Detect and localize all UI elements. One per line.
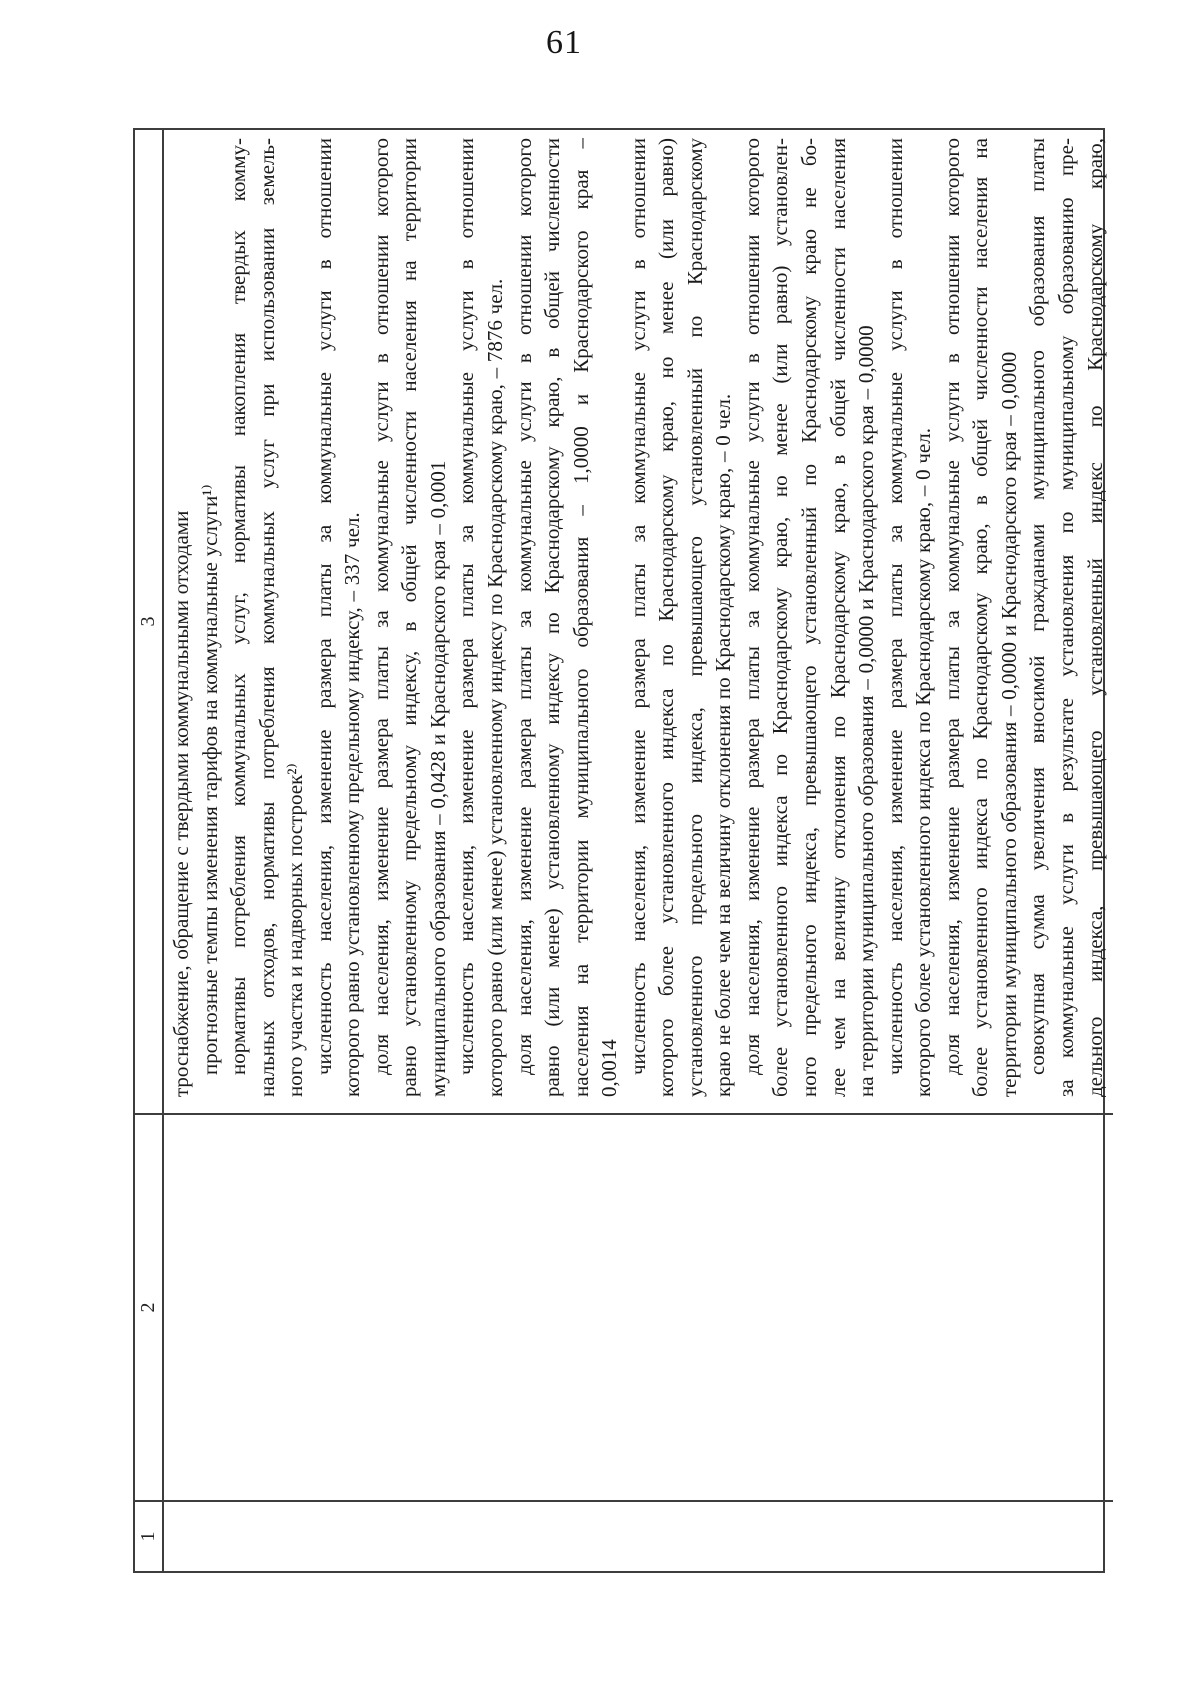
table-cell-col2-empty xyxy=(164,1113,1113,1500)
text-line: нормативы потребления коммунальных услуг… xyxy=(224,138,253,1097)
text-line: равно установленному предельному индексу… xyxy=(395,138,424,1097)
text-line: более установленного индекса по Краснода… xyxy=(966,138,995,1097)
text-line: более установленного индекса по Краснода… xyxy=(766,138,795,1097)
text-line: за коммунальные услуги в результате уста… xyxy=(1052,138,1081,1097)
text-line: 0,0014 xyxy=(595,138,624,1097)
text-line: численность населения, изменение размера… xyxy=(881,138,910,1097)
text-line: лее чем на величину отклонения по Красно… xyxy=(824,138,853,1097)
text-line: краю не более чем на величину отклонения… xyxy=(709,138,738,1097)
text-line: доля населения, изменение размера платы … xyxy=(367,138,396,1097)
text-line: на территории муниципального образования… xyxy=(852,138,881,1097)
text-line: численность населения, изменение размера… xyxy=(452,138,481,1097)
table-header-col2: 2 xyxy=(135,1113,162,1500)
rotated-table: 1 2 3 троснабжение, обращение с твердыми… xyxy=(133,128,1105,1573)
text-line: которого равно установленному предельном… xyxy=(338,138,367,1097)
scanned-document-page: 61 1 2 3 троснабжение, обращение с тверд… xyxy=(0,0,1200,1697)
table-header-col3: 3 xyxy=(135,130,162,1113)
text-line: численность населения, изменение размера… xyxy=(310,138,339,1097)
text-line: которого равно (или менее) установленном… xyxy=(481,138,510,1097)
text-line: территории муниципального образования – … xyxy=(995,138,1024,1097)
table-body-row: троснабжение, обращение с твердыми комму… xyxy=(164,130,1113,1571)
text-line: населения на территории муниципального о… xyxy=(567,138,596,1097)
text-line: дельного индекса, превышающего установле… xyxy=(1081,138,1110,1097)
text-line: прогнозные темпы изменения тарифов на ко… xyxy=(196,138,225,1097)
text-line: муниципального образования – 0,0428 и Кр… xyxy=(424,138,453,1097)
text-line: установленного предельного индекса, прев… xyxy=(681,138,710,1097)
text-line: доля населения, изменение размера платы … xyxy=(938,138,967,1097)
text-line: которого более установленного индекса по… xyxy=(909,138,938,1097)
text-line: нальных отходов, нормативы потребления к… xyxy=(253,138,282,1097)
text-line: совокупная сумма увеличения вносимой гра… xyxy=(1023,138,1052,1097)
text-line: равно (или менее) установленному индексу… xyxy=(538,138,567,1097)
text-line: троснабжение, обращение с твердыми комму… xyxy=(167,138,196,1097)
text-line: ного участка и надворных построек²⁾ xyxy=(281,138,310,1097)
table-header-col1: 1 xyxy=(135,1500,162,1571)
table-cell-col3-text: троснабжение, обращение с твердыми комму… xyxy=(164,130,1113,1113)
text-line: численность населения, изменение размера… xyxy=(624,138,653,1097)
text-line: доля населения, изменение размера платы … xyxy=(738,138,767,1097)
text-line: которого более установленного индекса по… xyxy=(652,138,681,1097)
table-header-row: 1 2 3 xyxy=(135,130,164,1571)
text-line: доля населения, изменение размера платы … xyxy=(510,138,539,1097)
col3-paragraphs: троснабжение, обращение с твердыми комму… xyxy=(167,138,1109,1097)
page-number: 61 xyxy=(524,24,604,62)
text-line: ного предельного индекса, превышающего у… xyxy=(795,138,824,1097)
table-cell-col1-empty xyxy=(164,1500,1113,1571)
